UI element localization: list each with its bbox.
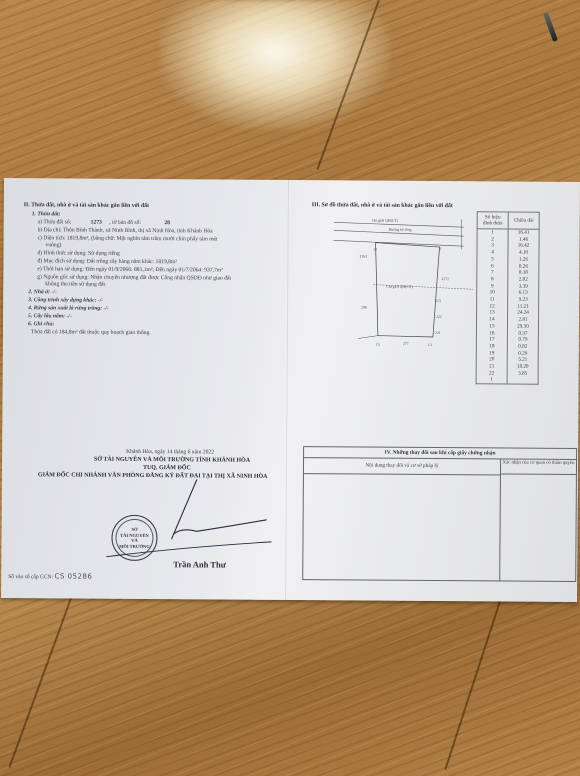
changes-col-confirmation: Xác nhận của cơ quan có thẩm quyền: [501, 459, 576, 475]
plot-vertex: 2: [440, 247, 442, 251]
plot-vertex: 15: [376, 343, 380, 347]
coords-header-vertex: Số hiệu đỉnh thửa: [477, 212, 508, 229]
plot-label-neighbor: 222: [436, 315, 442, 319]
serial-label: Số vào sổ cấp GCN:: [8, 574, 53, 580]
paper-fold-line: [285, 180, 289, 600]
changes-col-content: Nội dung thay đổi và cơ sở pháp lý: [304, 458, 501, 475]
parcel-label: a) Thửa đất số:: [38, 219, 72, 225]
floor-seam: [444, 598, 501, 770]
coords-row: 1: [476, 377, 538, 385]
coords-header-length: Chiều dài: [508, 212, 539, 229]
other-construction-line: 3. Công trình xây dựng khác: -/-: [28, 297, 103, 305]
serial-value: CS 05286: [54, 572, 92, 580]
perennial-trees-line: 5. Cây lâu năm: -/-: [28, 313, 72, 321]
plot-label-neighbor: 1272: [441, 277, 449, 281]
house-line: 2. Nhà ở: -/-: [28, 289, 57, 297]
pen-object: [543, 12, 558, 42]
plot-label-neighbor: 296: [361, 305, 367, 309]
floor-seam: [8, 598, 71, 768]
area-line-cont: vuông): [45, 242, 61, 250]
map-sheet-number: 28: [164, 220, 170, 226]
origin-line-cont: không thu tiền sử dụng đất: [45, 281, 105, 289]
serial-number-line: Số vào sổ cấp GCN: CS 05286: [8, 572, 92, 581]
production-forest-line: 4. Rừng sản xuất là rừng trồng: -/-: [28, 305, 109, 313]
use-form-line: d) Hình thức sử dụng: Sử dụng riêng: [37, 250, 119, 258]
plot-label-neighbor: 221: [435, 331, 441, 335]
land-heading: 1. Thửa đất:: [32, 211, 61, 219]
boundary-coords-table: Số hiệu đỉnh thửa Chiều dài 116.4121.463…: [476, 211, 540, 385]
changes-empty-cell: [303, 474, 501, 580]
handwritten-signature: [101, 479, 282, 560]
plot-label-top-boundary: Chỉ giới QH(CT): [372, 219, 398, 223]
on-behalf-label: TUQ. GIÁM ĐỐC: [143, 465, 191, 473]
plot-label-neighbor: 277: [403, 342, 409, 346]
issuing-agency: SỞ TÀI NGUYÊN VÀ MÔI TRƯỜNG TỈNH KHÁNH H…: [94, 457, 250, 466]
section-iii-title: III. Sơ đồ thửa đất, nhà ở và tài sản kh…: [312, 202, 453, 211]
notes-text: Thửa đất có 184,8m² đất thuộc quy hoạch …: [31, 329, 151, 337]
parcel-sketch-map: [333, 218, 474, 349]
plot-label-neighbor: 223: [435, 299, 441, 303]
signature-date: Khánh Hòa, ngày 14 tháng 6 năm 2022: [126, 449, 214, 457]
section-ii-title: II. Thửa đất, nhà ở và tài sản khác gắn …: [24, 202, 149, 210]
plot-vertex: 22: [373, 248, 377, 252]
coords-length-cell: [507, 377, 538, 384]
plot-label-neighbor: 1263: [359, 254, 367, 258]
signer-name: Trần Anh Thư: [173, 559, 226, 569]
plot-label-inner-boundary: Chỉ giới QH(CT): [386, 285, 412, 289]
parcel-number: 1273: [91, 220, 102, 226]
notes-heading: 6. Ghi chú:: [28, 321, 54, 329]
plot-vertex: 13: [428, 343, 432, 347]
land-certificate-paper: II. Thửa đất, nhà ở và tài sản khác gắn …: [1, 178, 580, 602]
plot-label-road: Đường bê tông: [389, 228, 412, 232]
coords-vertex-cell: 1: [476, 377, 507, 384]
map-sheet-label: , tờ bản đồ số:: [109, 220, 141, 226]
changes-table: IV. Những thay đổi sau khi cấp giấy chứn…: [302, 446, 577, 582]
area-line: c) Diện tích: 1819,8m², (bằng chữ: Một n…: [38, 235, 218, 244]
